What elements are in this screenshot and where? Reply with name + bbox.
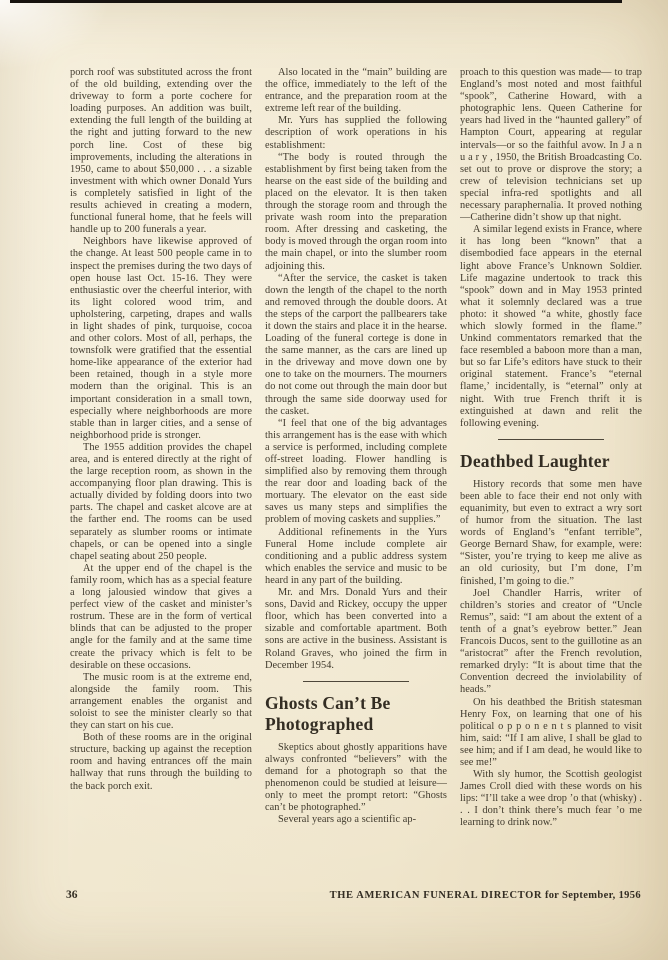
body-paragraph: Joel Chandler Harris, writer of children… bbox=[460, 588, 642, 697]
section-divider bbox=[498, 439, 604, 440]
body-paragraph: History records that some men have been … bbox=[460, 479, 642, 588]
body-paragraph: “The body is routed through the establis… bbox=[265, 152, 447, 273]
page-content: porch roof was substituted across the fr… bbox=[70, 67, 642, 907]
body-paragraph: proach to this question was made— to tra… bbox=[460, 67, 642, 224]
column-left: porch roof was substituted across the fr… bbox=[70, 67, 252, 907]
body-paragraph: The 1955 addition provides the chapel ar… bbox=[70, 442, 252, 563]
body-paragraph: Additional refinements in the Yurs Funer… bbox=[265, 527, 447, 587]
body-paragraph: Skeptics about ghostly apparitions have … bbox=[265, 742, 447, 815]
body-paragraph: A similar legend exists in France, where… bbox=[460, 224, 642, 430]
column-right: proach to this question was made— to tra… bbox=[460, 67, 642, 907]
page-footer: 36 THE AMERICAN FUNERAL DIRECTORforSepte… bbox=[66, 889, 641, 901]
body-paragraph: porch roof was substituted across the fr… bbox=[70, 67, 252, 236]
body-paragraph: The music room is at the extreme end, al… bbox=[70, 672, 252, 732]
body-paragraph: On his deathbed the British statesman He… bbox=[460, 697, 642, 770]
page-number: 36 bbox=[66, 889, 78, 901]
body-paragraph: At the upper end of the chapel is the fa… bbox=[70, 563, 252, 672]
body-paragraph: With sly humor, the Scottish geologist J… bbox=[460, 769, 642, 829]
magazine-page: porch roof was substituted across the fr… bbox=[0, 0, 668, 960]
body-paragraph: Mr. and Mrs. Donald Yurs and their sons,… bbox=[265, 587, 447, 672]
body-paragraph: Mr. Yurs has supplied the following desc… bbox=[265, 115, 447, 151]
body-paragraph: “After the service, the casket is taken … bbox=[265, 273, 447, 418]
section-divider bbox=[303, 681, 409, 682]
journal-issue: September, 1956 bbox=[562, 890, 641, 901]
body-paragraph: Both of these rooms are in the original … bbox=[70, 732, 252, 792]
body-paragraph: Several years ago a scientific ap- bbox=[265, 814, 447, 826]
article-heading-deathbed: Deathbed Laughter bbox=[460, 451, 642, 472]
scan-corner-highlight bbox=[0, 0, 110, 70]
journal-for: for bbox=[545, 890, 559, 901]
column-middle: Also located in the “main” building are … bbox=[265, 67, 447, 907]
body-paragraph: “I feel that one of the big advantages t… bbox=[265, 418, 447, 527]
article-heading-ghosts: Ghosts Can’t Be Photographed bbox=[265, 693, 447, 735]
body-paragraph: Also located in the “main” building are … bbox=[265, 67, 447, 115]
journal-footline: THE AMERICAN FUNERAL DIRECTORforSeptembe… bbox=[330, 890, 641, 901]
scan-edge-artifact bbox=[10, 0, 622, 3]
body-paragraph: Neighbors have likewise approved of the … bbox=[70, 236, 252, 442]
journal-title: THE AMERICAN FUNERAL DIRECTOR bbox=[330, 890, 542, 901]
